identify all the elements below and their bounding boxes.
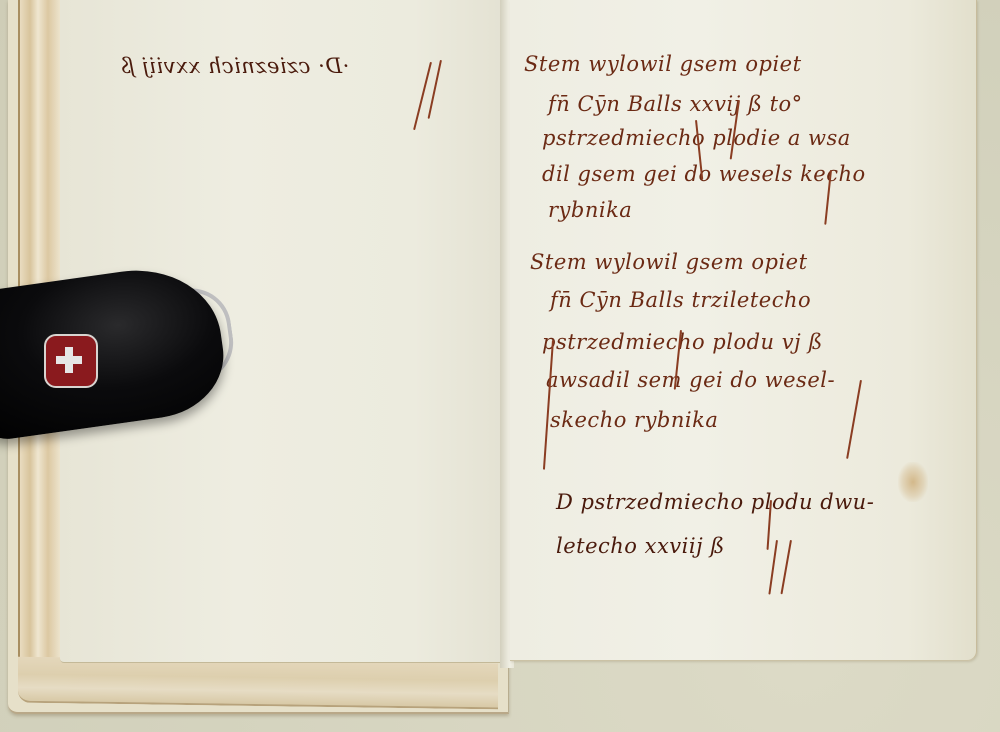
entry-1-line-1: Stem wylowil gsem opiet xyxy=(524,54,802,75)
cross-bar-vertical xyxy=(65,347,73,373)
swiss-cross-logo-icon xyxy=(44,334,98,388)
entry-2-line-5: skecho rybnika xyxy=(550,410,718,431)
entry-1-line-5: rybnika xyxy=(548,200,632,221)
entry-3-line-2: letecho xxviij ß xyxy=(556,536,725,557)
entry-2-line-4: awsadil sem gei do wesel- xyxy=(546,370,835,391)
page-edges-bottom xyxy=(18,657,498,710)
entry-2-line-3: pstrzedmiecho plodu vj ß xyxy=(542,332,823,353)
entry-2-line-2: fn̄ Cȳn Balls trziletecho xyxy=(550,290,811,311)
paper-stain xyxy=(898,462,928,502)
entry-3-line-1: D pstrzedmiecho plodu dwu- xyxy=(556,492,874,513)
entry-1-line-4: dil gsem gei do wesels kecho xyxy=(542,164,866,185)
left-page-line: ·D· czieznich xxviij ß xyxy=(120,56,349,77)
left-page-line-text: ·D· czieznich xxviij ß xyxy=(120,56,349,77)
entry-1-line-2: fn̄ Cȳn Balls xxvij ß to° xyxy=(548,94,803,115)
entry-2-line-1: Stem wylowil gsem opiet xyxy=(530,252,808,273)
